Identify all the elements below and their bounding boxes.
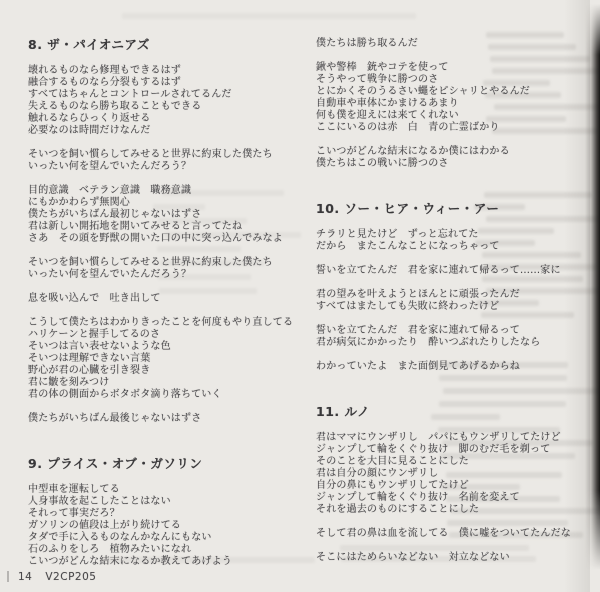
lyric-line: 目的意識 ベテラン意識 職務意識 (28, 185, 314, 197)
lyric-line: にもかかわらず無関心 (28, 197, 314, 209)
lyric-line: そいつを飼い慣らしてみせると世界に約束した僕たち (28, 149, 314, 161)
lyric-line: そいつは理解できない言葉 (28, 353, 314, 365)
lyric-line: 自分の鼻にもウンザリしてたけど (316, 480, 598, 492)
lyric-line: 君の望みを叶えようとほんとに頑張ったんだ (316, 289, 598, 301)
lyric-line: ガソリンの値段は上がり続けてる (28, 520, 314, 532)
lyric-stanza: チラリと見たけど ずっと忘れてただから またこんなことになっちゃって (316, 229, 598, 253)
lyric-line: とにかくそのうるさい蠅をピシャリとやるんだ (316, 86, 598, 98)
lyric-line: そこにはためらいなどない 対立などない (316, 552, 598, 564)
lyric-line: それって事実だろ？ (28, 508, 314, 520)
song-title: 8. ザ・パイオニアズ (28, 38, 314, 52)
lyric-line: 中型車を運転してる (28, 484, 314, 496)
page-edge-shadow (585, 4, 600, 570)
scan-edge-artifact (7, 571, 9, 582)
lyric-line: 君に皺を刻みつけ (28, 377, 314, 389)
lyric-line: そして君の鼻は血を流してる 僕に嘘をついてたんだな (316, 528, 598, 540)
lyric-line: 触れるならひっくり返せる (28, 113, 314, 125)
lyric-line: こうして僕たちはわかりきったことを何度もやり直してる (28, 317, 314, 329)
lyric-stanza: 僕たちがいちばん最後じゃないはずさ (28, 413, 314, 425)
lyric-line: だから またこんなことになっちゃって (316, 241, 598, 253)
lyric-line: 僕たちがいちばん最後じゃないはずさ (28, 413, 314, 425)
lyric-line: こいつがどんな結末になるか教えてあげよう (28, 556, 314, 568)
lyric-line: ハリケーンと握手してるのさ (28, 329, 314, 341)
lyric-line: 鍬や警棒 銃やコテを使って (316, 62, 598, 74)
lyric-line: 誓いを立てたんだ 君を家に連れて帰るって......家に (316, 265, 598, 277)
lyric-line: 何も僕を迎えには来てくれない (316, 110, 598, 122)
page-number: 14 (18, 571, 32, 583)
lyric-line: 壊れるものなら修理もできるはず (28, 65, 314, 77)
booklet-page: 8. ザ・パイオニアズ壊れるものなら修理もできるはず融合するものなら分裂もするは… (0, 0, 600, 592)
footer: 14 V2CP205 (18, 571, 96, 583)
lyric-stanza: そして君の鼻は血を流してる 僕に嘘をついてたんだな (316, 528, 598, 540)
lyric-stanza: こいつがどんな結末になるか僕にはわかる僕たちはこの戦いに勝つのさ (316, 146, 598, 170)
lyric-line: 誓いを立てたんだ 君を家に連れて帰るって (316, 325, 598, 337)
lyric-line: いったい何を望んでいたんだろう？ (28, 269, 314, 281)
lyric-stanza: 目的意識 ベテラン意識 職務意識にもかかわらず無関心僕たちがいちばん最初じゃない… (28, 185, 314, 245)
lyric-line: 君の体の側面からボタボタ滴り落ちていく (28, 389, 314, 401)
lyric-line: さあ その頭を野獣の開いた口の中に突っ込んでみなよ (28, 233, 314, 245)
lyric-stanza: 僕たちは勝ち取るんだ (316, 38, 598, 50)
lyric-line: 君が病気にかかったり 酔いつぶれたりしたなら (316, 337, 598, 349)
lyric-line: わかっていたよ また面倒見てあげるからね (316, 361, 598, 373)
lyrics-column-right: 僕たちは勝ち取るんだ鍬や警棒 銃やコテを使ってそうやって戦争に勝つのさとにかくそ… (316, 0, 598, 576)
song-title: 9. プライス・オブ・ガソリン (28, 457, 314, 471)
song-title: 11. ルノ (316, 405, 598, 419)
lyric-line: そいつは言い表せないような色 (28, 341, 314, 353)
lyric-line: タダで手に入るものなんかなんにもない (28, 532, 314, 544)
lyrics-column-left: 8. ザ・パイオニアズ壊れるものなら修理もできるはず融合するものなら分裂もするは… (28, 0, 314, 580)
lyric-line: チラリと見たけど ずっと忘れてた (316, 229, 598, 241)
lyric-line: 失えるものなら勝ち取ることもできる (28, 101, 314, 113)
lyric-line: 野心が君の心臓を引き裂き (28, 365, 314, 377)
lyric-line: ジャンプして輪をくぐり抜け 名前を変えて (316, 492, 598, 504)
lyric-stanza: 息を吸い込んで 吐き出して (28, 293, 314, 305)
lyric-line: 僕たちはこの戦いに勝つのさ (316, 158, 598, 170)
lyric-stanza: そいつを飼い慣らしてみせると世界に約束した僕たちいったい何を望んでいたんだろう？ (28, 257, 314, 281)
catalog-number: V2CP205 (45, 571, 96, 583)
lyric-line: 石のふりをしろ 植物みたいになれ (28, 544, 314, 556)
lyric-line: そいつを飼い慣らしてみせると世界に約束した僕たち (28, 257, 314, 269)
lyric-line: 必要なのは時間だけなんだ (28, 125, 314, 137)
lyric-line: ジャンプして輪をくぐり抜け 脚のむだ毛を剃って (316, 444, 598, 456)
lyric-stanza: そこにはためらいなどない 対立などない (316, 552, 598, 564)
lyric-line: いったい何を望んでいたんだろう？ (28, 161, 314, 173)
lyric-line: そうやって戦争に勝つのさ (316, 74, 598, 86)
lyric-line: 息を吸い込んで 吐き出して (28, 293, 314, 305)
lyric-line: すべてはちゃんとコントロールされてるんだ (28, 89, 314, 101)
lyric-line: 君は自分の顔にウンザリし (316, 468, 598, 480)
lyric-line: 君はママにウンザリし パパにもウンザリしてたけど (316, 432, 598, 444)
lyric-stanza: こうして僕たちはわかりきったことを何度もやり直してるハリケーンと握手してるのさそ… (28, 317, 314, 401)
lyric-line: 融合するものなら分裂もするはず (28, 77, 314, 89)
lyric-line: 自動車や車体にかまけるあまり (316, 98, 598, 110)
lyric-stanza: 誓いを立てたんだ 君を家に連れて帰るって......家に (316, 265, 598, 277)
lyric-line: 僕たちがいちばん最初じゃないはずさ (28, 209, 314, 221)
lyric-stanza: 壊れるものなら修理もできるはず融合するものなら分裂もするはずすべてはちゃんとコン… (28, 65, 314, 137)
lyric-line: それを過去のものにすることにした (316, 504, 598, 516)
lyric-stanza: そいつを飼い慣らしてみせると世界に約束した僕たちいったい何を望んでいたんだろう？ (28, 149, 314, 173)
lyric-stanza: 君はママにウンザリし パパにもウンザリしてたけどジャンプして輪をくぐり抜け 脚の… (316, 432, 598, 516)
lyric-stanza: 鍬や警棒 銃やコテを使ってそうやって戦争に勝つのさとにかくそのうるさい蠅をピシャ… (316, 62, 598, 134)
lyric-line: すべてはまたしても失敗に終わったけど (316, 301, 598, 313)
lyric-line: 人身事故を起こしたことはない (28, 496, 314, 508)
lyric-line: 僕たちは勝ち取るんだ (316, 38, 598, 50)
lyric-line: そのことを大目に見ることにした (316, 456, 598, 468)
lyric-stanza: 中型車を運転してる人身事故を起こしたことはないそれって事実だろ？ガソリンの値段は… (28, 484, 314, 568)
song-title: 10. ソー・ヒア・ウィー・アー (316, 202, 598, 216)
lyric-line: こいつがどんな結末になるか僕にはわかる (316, 146, 598, 158)
lyric-stanza: 誓いを立てたんだ 君を家に連れて帰るって君が病気にかかったり 酔いつぶれたりした… (316, 325, 598, 349)
lyric-line: ここにいるのは赤 白 青の亡霊ばかり (316, 122, 598, 134)
lyric-stanza: わかっていたよ また面倒見てあげるからね (316, 361, 598, 373)
lyric-stanza: 君の望みを叶えようとほんとに頑張ったんだすべてはまたしても失敗に終わったけど (316, 289, 598, 313)
lyric-line: 君は新しい開拓地を開いてみせると言ってたね (28, 221, 314, 233)
